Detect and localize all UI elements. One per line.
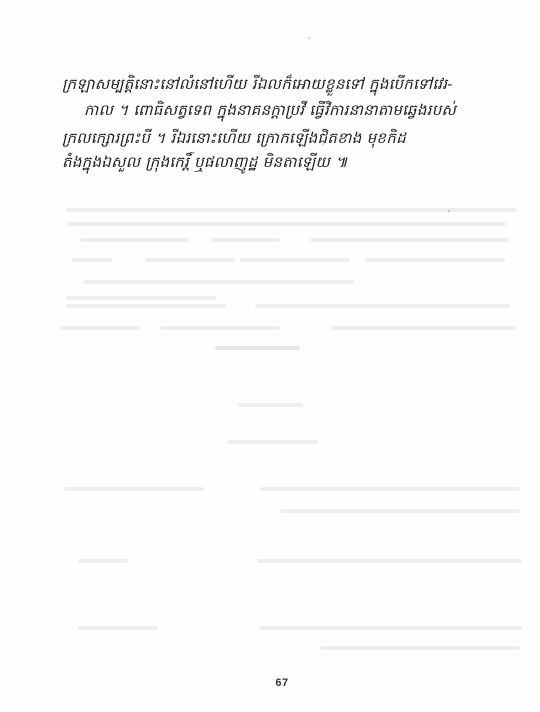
handwritten-line: ក្រឡាសម្បត្តិនោះនៅលំនៅហើយ រីឯលក៏អោយខ្លួន… (62, 72, 453, 96)
bleed-line (255, 304, 510, 308)
bleed-line (280, 509, 520, 513)
bleed-line (365, 258, 505, 262)
bleed-line (64, 487, 204, 491)
document-page: ក្រឡាសម្បត្តិនោះនៅលំនៅហើយ រីឯលក៏អោយខ្លួន… (0, 0, 540, 712)
bleed-line (78, 626, 158, 630)
bleed-line (310, 238, 510, 242)
bleed-line (320, 646, 520, 650)
bleed-line (80, 238, 190, 242)
bleed-line (228, 440, 318, 444)
bleed-line (215, 346, 300, 350)
bleed-line (330, 326, 515, 330)
handwritten-line: កាល ។ ពោធិសត្វទេព ក្នុងនាគនក្ដាប្រវី ធ្វ… (84, 98, 456, 122)
scan-speck (448, 210, 450, 212)
bleed-line (240, 258, 350, 262)
bleed-line (66, 222, 506, 226)
handwritten-line: ក្រលក្សោរព្រះបី ។ រីឯរនោះហើយ ក្រោកឡើងជិត… (62, 126, 406, 150)
handwritten-line: តំងក្នុងឯសួល ក្រុងកេរ្ដិ៍ ឬផលាញូដ្ឋ មិនត… (62, 150, 348, 174)
bleed-line (238, 403, 303, 407)
bleed-line (160, 326, 280, 330)
bleed-line (84, 280, 354, 284)
bleed-line (260, 626, 522, 630)
bleed-line (66, 304, 226, 308)
bleed-line (66, 296, 216, 300)
bleed-line (210, 238, 280, 242)
bleed-line (257, 559, 522, 563)
bleed-line (72, 258, 112, 262)
scan-speck (308, 37, 310, 39)
bleed-line (215, 346, 300, 350)
bleed-line (260, 487, 520, 491)
scan-speck (322, 143, 324, 145)
bleed-line (145, 258, 235, 262)
bleed-line (78, 559, 128, 563)
bleed-line (60, 326, 140, 330)
page-number: 67 (12, 677, 540, 689)
